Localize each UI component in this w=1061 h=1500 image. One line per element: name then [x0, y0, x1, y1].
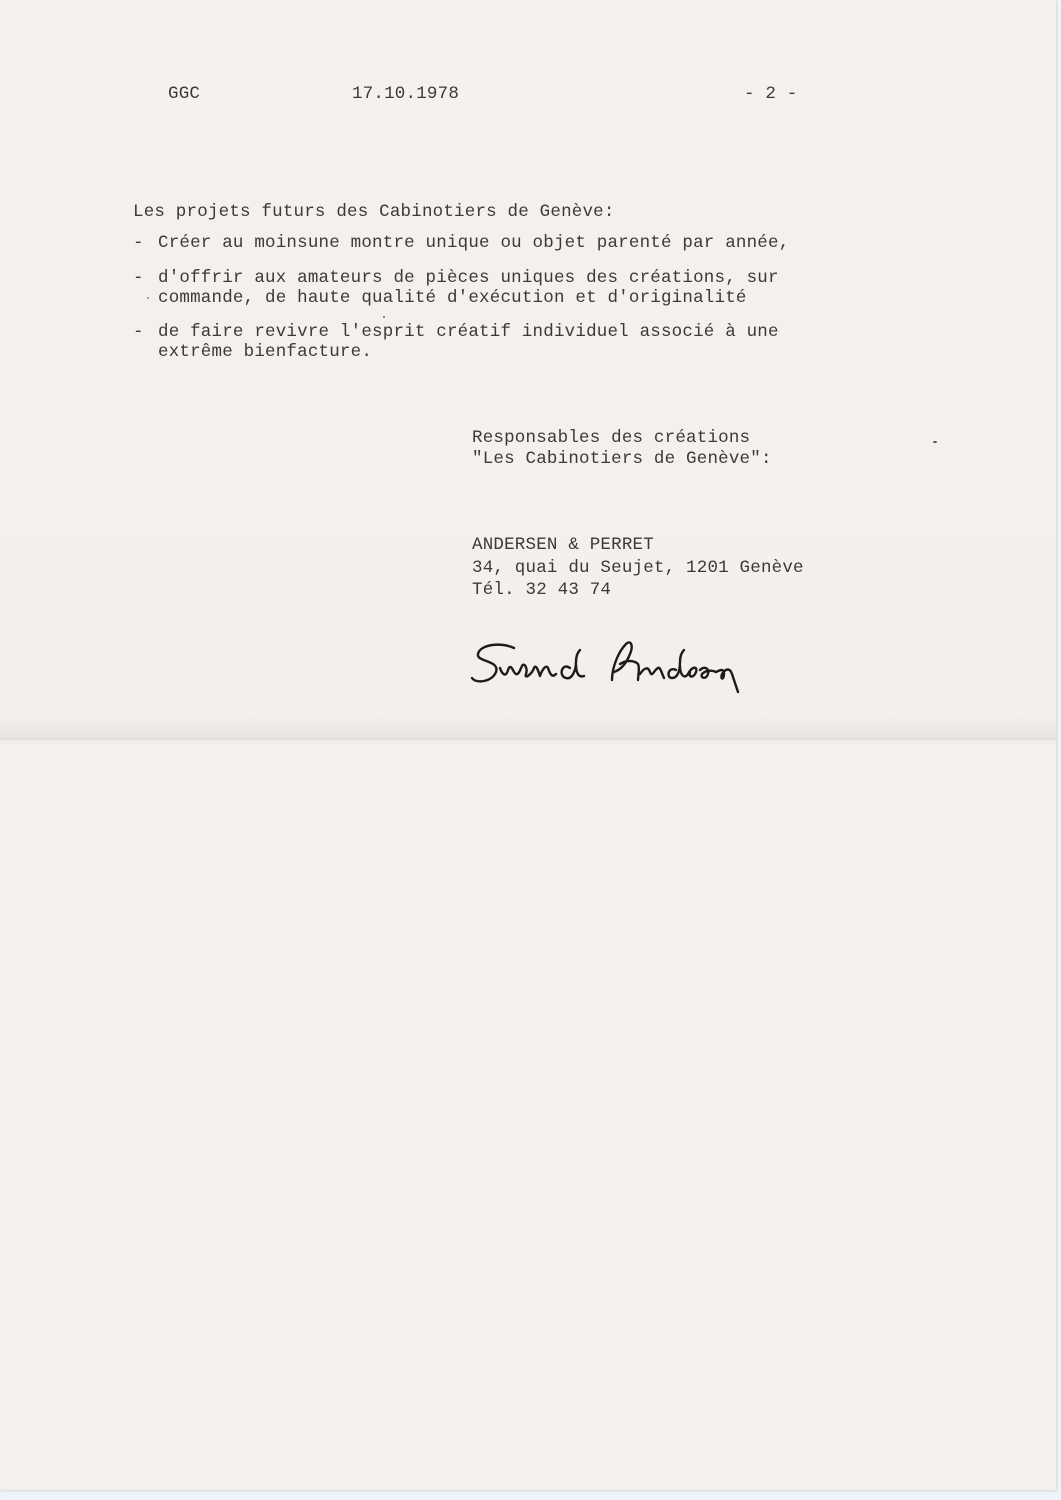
signature-icon — [462, 634, 782, 694]
list-item: -de faire revivre l'esprit créatif indiv… — [133, 322, 779, 362]
bullet-dash: - — [133, 233, 158, 253]
list-item: -Créer au moinsune montre unique ou obje… — [133, 233, 789, 253]
bullet-dash: - — [133, 268, 158, 288]
ink-speck — [933, 441, 937, 443]
list-item-text: Créer au moinsune montre unique ou objet… — [158, 233, 789, 253]
ink-speck — [383, 316, 385, 318]
bullet-dash: - — [133, 322, 158, 342]
letter-page: GGC 17.10.1978 - 2 - Les projets futurs … — [0, 0, 1056, 1490]
header-reference: GGC — [168, 84, 200, 104]
list-item-text: d'offrir aux amateurs de pièces uniques … — [158, 268, 779, 288]
header-date: 17.10.1978 — [352, 84, 459, 104]
page-number: - 2 - — [744, 84, 798, 104]
list-item-text: commande, de haute qualité d'exécution e… — [133, 288, 779, 308]
list-item-text: extrême bienfacture. — [133, 342, 779, 362]
closing-line-1: Responsables des créations — [472, 428, 750, 448]
paper-fold-line — [0, 736, 1056, 742]
list-item: -d'offrir aux amateurs de pièces uniques… — [133, 268, 779, 308]
intro-heading: Les projets futurs des Cabinotiers de Ge… — [133, 202, 615, 222]
street-address: 34, quai du Seujet, 1201 Genève — [472, 558, 804, 578]
phone-number: Tél. 32 43 74 — [472, 580, 611, 600]
list-item-text: de faire revivre l'esprit créatif indivi… — [158, 322, 779, 342]
ink-speck — [147, 297, 149, 299]
closing-line-2: "Les Cabinotiers de Genève": — [472, 449, 772, 469]
company-name: ANDERSEN & PERRET — [472, 535, 654, 555]
